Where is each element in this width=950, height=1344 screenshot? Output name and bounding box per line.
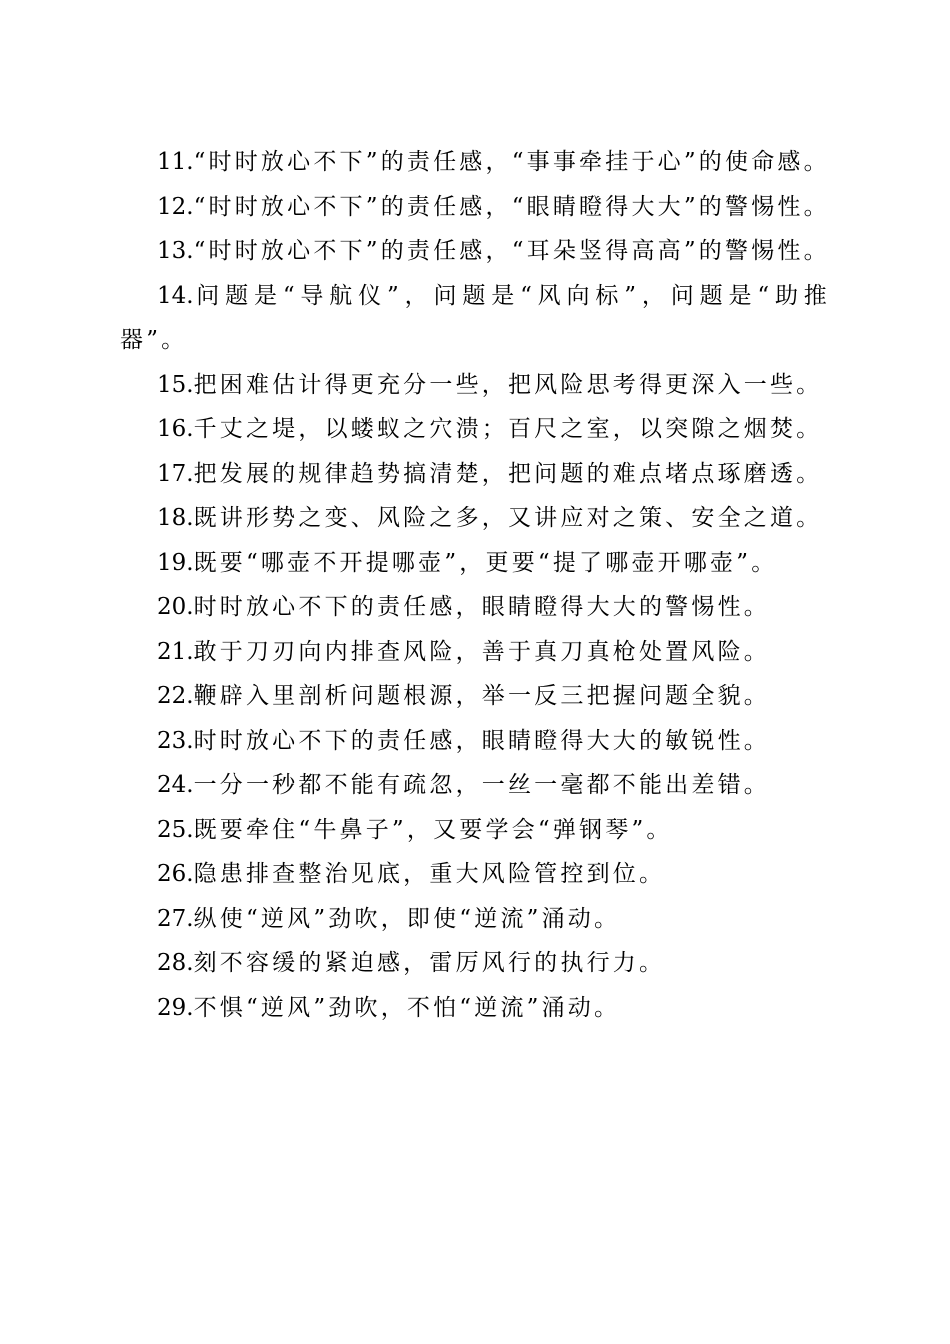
item-text: 鞭辟入里剖析问题根源，举一反三把握问题全貌。 — [194, 683, 770, 709]
item-number: 20. — [157, 594, 194, 620]
item-text: 问题是“导航仪”，问题是“风向标”，问题是“助推器”。 — [120, 283, 830, 354]
item-text: “时时放心不下”的责任感，“眼睛瞪得大大”的警惕性。 — [194, 194, 830, 220]
item-text: 敢于刀刃向内排查风险，善于真刀真枪处置风险。 — [194, 639, 770, 665]
item-number: 15. — [157, 372, 194, 398]
item-number: 24. — [157, 772, 194, 798]
item-text: 时时放心不下的责任感，眼睛瞪得大大的警惕性。 — [194, 594, 770, 620]
item-number: 21. — [157, 639, 194, 665]
list-item: 12.“时时放心不下”的责任感，“眼睛瞪得大大”的警惕性。 — [120, 185, 830, 230]
list-item: 28.刻不容缓的紧迫感，雷厉风行的执行力。 — [120, 941, 830, 986]
item-text: 既要牵住“牛鼻子”，又要学会“弹钢琴”。 — [194, 817, 673, 843]
list-item: 20.时时放心不下的责任感，眼睛瞪得大大的警惕性。 — [120, 585, 830, 630]
list-item: 23.时时放心不下的责任感，眼睛瞪得大大的敏锐性。 — [120, 719, 830, 764]
item-text: 千丈之堤，以蝼蚁之穴溃；百尺之室，以突隙之烟焚。 — [194, 416, 823, 442]
item-text: 隐患排查整治见底，重大风险管控到位。 — [194, 861, 666, 887]
item-text: “时时放心不下”的责任感，“耳朵竖得高高”的警惕性。 — [194, 238, 830, 264]
item-number: 13. — [157, 238, 194, 264]
list-item: 22.鞭辟入里剖析问题根源，举一反三把握问题全貌。 — [120, 674, 830, 719]
list-item: 14.问题是“导航仪”，问题是“风向标”，问题是“助推器”。 — [120, 274, 830, 363]
item-number: 11. — [157, 149, 194, 175]
item-number: 14. — [157, 283, 194, 309]
item-text: 不惧“逆风”劲吹，不怕“逆流”涌动。 — [194, 995, 621, 1021]
item-text: 纵使“逆风”劲吹，即使“逆流”涌动。 — [194, 906, 621, 932]
list-item: 19.既要“哪壶不开提哪壶”，更要“提了哪壶开哪壶”。 — [120, 541, 830, 586]
list-item: 27.纵使“逆风”劲吹，即使“逆流”涌动。 — [120, 897, 830, 942]
item-number: 22. — [157, 683, 194, 709]
item-number: 19. — [157, 550, 194, 576]
item-text: 时时放心不下的责任感，眼睛瞪得大大的敏锐性。 — [194, 728, 770, 754]
list-item: 13.“时时放心不下”的责任感，“耳朵竖得高高”的警惕性。 — [120, 229, 830, 274]
item-number: 17. — [157, 461, 194, 487]
list-item: 16.千丈之堤，以蝼蚁之穴溃；百尺之室，以突隙之烟焚。 — [120, 407, 830, 452]
item-number: 18. — [157, 505, 194, 531]
item-number: 25. — [157, 817, 194, 843]
item-text: 一分一秒都不能有疏忽，一丝一毫都不能出差错。 — [194, 772, 770, 798]
item-number: 16. — [157, 416, 194, 442]
list-item: 29.不惧“逆风”劲吹，不怕“逆流”涌动。 — [120, 986, 830, 1031]
item-text: “时时放心不下”的责任感，“事事牵挂于心”的使命感。 — [194, 149, 830, 175]
list-item: 25.既要牵住“牛鼻子”，又要学会“弹钢琴”。 — [120, 808, 830, 853]
list-item: 18.既讲形势之变、风险之多，又讲应对之策、安全之道。 — [120, 496, 830, 541]
item-text: 既讲形势之变、风险之多，又讲应对之策、安全之道。 — [194, 505, 823, 531]
list-item: 17.把发展的规律趋势搞清楚，把问题的难点堵点琢磨透。 — [120, 452, 830, 497]
list-item: 21.敢于刀刃向内排查风险，善于真刀真枪处置风险。 — [120, 630, 830, 675]
item-text: 把发展的规律趋势搞清楚，把问题的难点堵点琢磨透。 — [194, 461, 823, 487]
item-text: 刻不容缓的紧迫感，雷厉风行的执行力。 — [194, 950, 666, 976]
item-number: 23. — [157, 728, 194, 754]
document-page: 11.“时时放心不下”的责任感，“事事牵挂于心”的使命感。 12.“时时放心不下… — [120, 140, 830, 1030]
item-text: 把困难估计得更充分一些，把风险思考得更深入一些。 — [194, 372, 823, 398]
item-number: 28. — [157, 950, 194, 976]
item-text: 既要“哪壶不开提哪壶”，更要“提了哪壶开哪壶”。 — [194, 550, 778, 576]
item-number: 27. — [157, 906, 194, 932]
item-number: 29. — [157, 995, 194, 1021]
item-number: 26. — [157, 861, 194, 887]
item-number: 12. — [157, 194, 194, 220]
list-item: 24.一分一秒都不能有疏忽，一丝一毫都不能出差错。 — [120, 763, 830, 808]
list-item: 26.隐患排查整治见底，重大风险管控到位。 — [120, 852, 830, 897]
list-item: 11.“时时放心不下”的责任感，“事事牵挂于心”的使命感。 — [120, 140, 830, 185]
list-item: 15.把困难估计得更充分一些，把风险思考得更深入一些。 — [120, 363, 830, 408]
